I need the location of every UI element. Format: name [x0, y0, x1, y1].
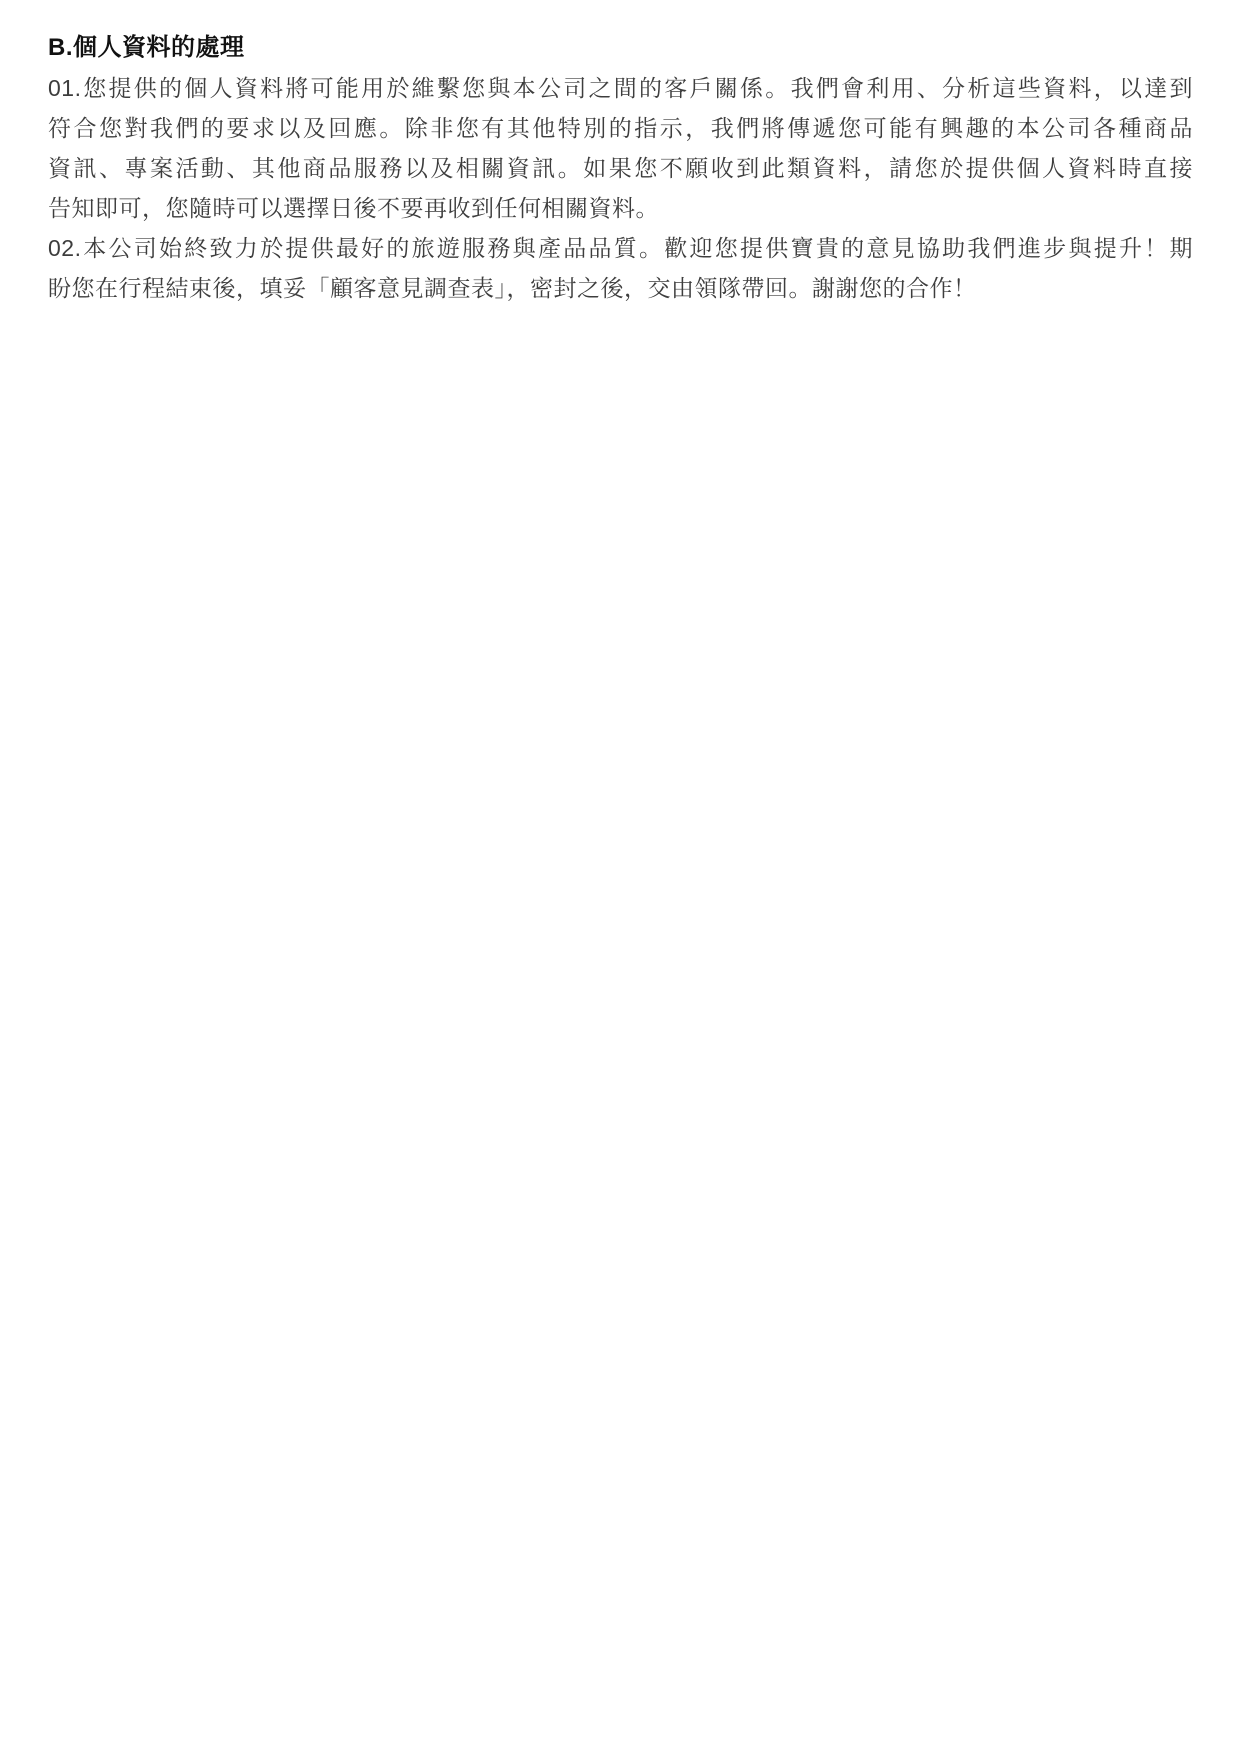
paragraph: 01.您提供的個人資料將可能用於維繫您與本公司之間的客戶關係。我們會利用、分析這…: [48, 68, 1193, 228]
paragraph-line: 02.本公司始終致力於提供最好的旅遊服務與產品品質。歡迎您提供寶貴的意見協助我們…: [48, 228, 1193, 268]
paragraphs-container: 01.您提供的個人資料將可能用於維繫您與本公司之間的客戶關係。我們會利用、分析這…: [48, 68, 1193, 308]
paragraph-line: 01.您提供的個人資料將可能用於維繫您與本公司之間的客戶關係。我們會利用、分析這…: [48, 68, 1193, 108]
paragraph-line: 告知即可，您隨時可以選擇日後不要再收到任何相關資料。: [48, 188, 1193, 228]
paragraph-line: 盼您在行程結束後，填妥「顧客意見調查表」，密封之後，交由領隊帶回。謝謝您的合作！: [48, 268, 1193, 308]
paragraph-line: 資訊、專案活動、其他商品服務以及相關資訊。如果您不願收到此類資料，請您於提供個人…: [48, 148, 1193, 188]
document-page: B.個人資料的處理 01.您提供的個人資料將可能用於維繫您與本公司之間的客戶關係…: [0, 0, 1241, 1755]
section-heading: B.個人資料的處理: [48, 28, 1193, 68]
paragraph-line: 符合您對我們的要求以及回應。除非您有其他特別的指示，我們將傳遞您可能有興趣的本公…: [48, 108, 1193, 148]
paragraph: 02.本公司始終致力於提供最好的旅遊服務與產品品質。歡迎您提供寶貴的意見協助我們…: [48, 228, 1193, 308]
